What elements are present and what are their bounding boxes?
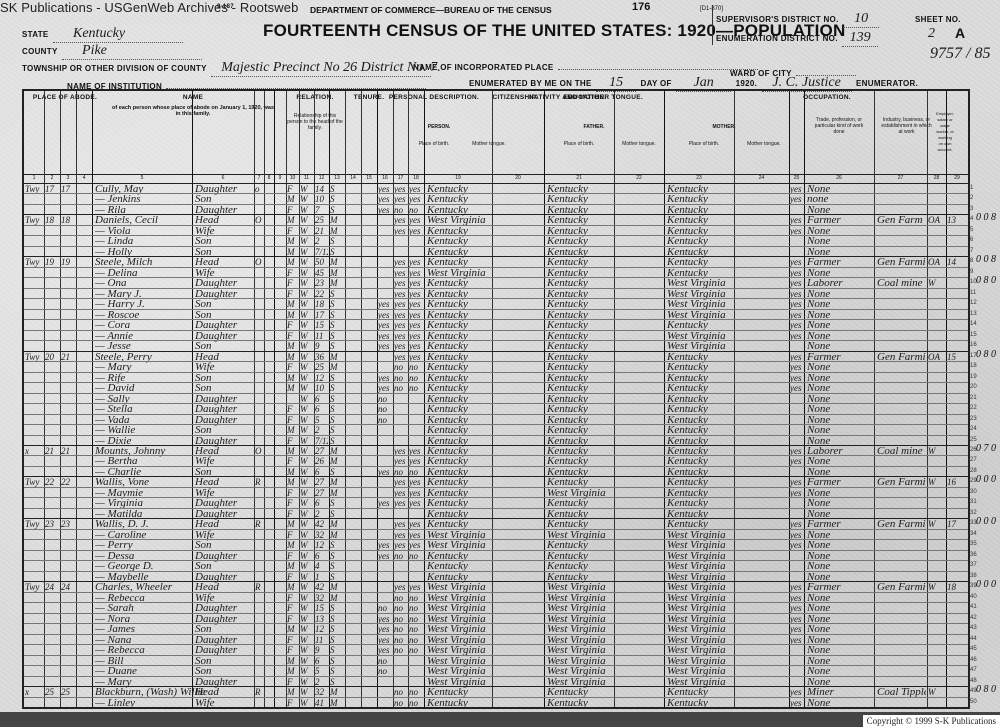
person-subheader: PERSON. <box>404 124 474 130</box>
column-number: 16 <box>377 175 393 181</box>
mother-subheader: MOTHER. <box>689 124 759 130</box>
copyright-notice: Copyright © 1999 S-K Publications <box>863 715 1000 727</box>
row-number: 2 <box>970 195 973 201</box>
sheet-number: 2 <box>928 26 935 42</box>
row-number: 3 <box>970 206 973 212</box>
column-number: 29 <box>946 175 968 181</box>
column-number: 6 <box>192 175 254 181</box>
employer-header: Employer, salary or wage worker, or work… <box>936 111 954 153</box>
row-number: 47 <box>970 667 977 673</box>
column-number: 20 <box>492 175 544 181</box>
column-number: 19 <box>424 175 492 181</box>
column-number: 4 <box>76 175 92 181</box>
margin-code: 0 0 0 <box>976 579 996 590</box>
margin-note: 9757 / 85 <box>930 45 990 63</box>
row-number: 35 <box>970 541 977 547</box>
cell-occ: None <box>807 696 873 710</box>
sheet-label: SHEET NO. <box>915 15 961 24</box>
department-heading: DEPARTMENT OF COMMERCE—BUREAU OF THE CEN… <box>310 5 552 15</box>
mother-tongue-header: Mother tongue. <box>739 141 789 147</box>
margin-code: 0 8 0 <box>976 684 996 695</box>
form-number: 9-187 <box>217 4 234 10</box>
ward-value <box>796 75 856 76</box>
row-number: 13 <box>970 311 977 317</box>
column-number: 28 <box>927 175 946 181</box>
column-number: 27 <box>874 175 927 181</box>
group-place-of-abode: PLACE OF ABODE. <box>24 94 106 101</box>
row-number: 36 <box>970 552 977 558</box>
column-number: 22 <box>614 175 664 181</box>
column-number: 11 <box>299 175 314 181</box>
row-number: 32 <box>970 510 977 516</box>
sheet-field: SHEET NO. <box>915 9 961 27</box>
ward-label: WARD OF CITY <box>730 69 792 78</box>
day-of-label: DAY OF <box>641 79 672 88</box>
row-number: 46 <box>970 657 977 663</box>
window-title: SK Publications - USGenWeb Archives - Ro… <box>0 0 298 15</box>
column-number: 13 <box>329 175 345 181</box>
row-number: 9 <box>970 269 973 275</box>
row-number: 20 <box>970 384 977 390</box>
state-label: STATE <box>22 30 49 39</box>
person-pob-header: Place of birth. <box>409 141 459 147</box>
row-number: 18 <box>970 363 977 369</box>
row-number: 7 <box>970 248 973 254</box>
group-nativity: NATIVITY AND MOTHER TONGUE. <box>454 94 718 101</box>
row-number: 38 <box>970 573 977 579</box>
page-number: 176 <box>632 1 650 13</box>
cell-eng: yes <box>790 696 803 710</box>
column-number: 26 <box>804 175 874 181</box>
column-number: 14 <box>345 175 361 181</box>
column-number: 10 <box>286 175 299 181</box>
industry-header: Industry, business, or establishment in … <box>879 117 934 135</box>
row-number: 43 <box>970 625 977 631</box>
margin-code: 0 0 0 <box>976 474 996 485</box>
row-number: 31 <box>970 499 977 505</box>
column-number: 5 <box>92 175 192 181</box>
margin-code: 0 0 8 <box>976 212 996 223</box>
county-label: COUNTY <box>22 47 58 56</box>
father-tongue-header: Mother tongue. <box>614 141 664 147</box>
incorporated-place-label: NAME OF INCORPORATED PLACE <box>413 63 554 72</box>
cell-race: W <box>300 696 313 710</box>
row-number: 28 <box>970 468 977 474</box>
group-occupation: OCCUPATION. <box>762 94 892 101</box>
column-number: 7 <box>254 175 264 181</box>
cell-age: 41 <box>315 696 328 710</box>
township-label: TOWNSHIP OR OTHER DIVISION OF COUNTY <box>22 64 207 73</box>
row-number: 50 <box>970 699 977 705</box>
row-number: 30 <box>970 489 977 495</box>
row-number: 45 <box>970 646 977 652</box>
row-number: 8 <box>970 258 973 264</box>
row-number: 27 <box>970 457 977 463</box>
census-table: PLACE OF ABODE. NAME of each person whos… <box>22 89 970 709</box>
cell-fpob: Kentucky <box>547 696 613 710</box>
margin-code: 0 0 8 <box>976 254 996 265</box>
margin-code: 0 7 0 <box>976 443 996 454</box>
row-number: 25 <box>970 437 977 443</box>
cell-write: no <box>409 696 423 710</box>
row-number: 11 <box>970 290 976 296</box>
row-number: 19 <box>970 374 977 380</box>
group-tenure: TENURE. <box>350 94 388 101</box>
column-number: 23 <box>664 175 734 181</box>
relation-description: Relationship of this person to the head … <box>286 113 344 131</box>
row-number: 48 <box>970 678 977 684</box>
row-number: 44 <box>970 636 977 642</box>
cell-sex: F <box>287 696 298 710</box>
column-number: 21 <box>544 175 614 181</box>
row-number: 12 <box>970 300 977 306</box>
group-relation: RELATION. <box>280 94 350 101</box>
enumeration-label: ENUMERATION DISTRICT NO. <box>716 34 838 43</box>
column-number: 9 <box>274 175 286 181</box>
column-number: 24 <box>734 175 789 181</box>
father-subheader: FATHER. <box>554 124 634 130</box>
column-number: 2 <box>44 175 60 181</box>
row-number: 1 <box>970 185 973 191</box>
margin-code: 0 8 0 <box>976 349 996 360</box>
row-number: 23 <box>970 416 977 422</box>
incorporated-place-value <box>558 69 758 70</box>
township-field: TOWNSHIP OR OTHER DIVISION OF COUNTY Maj… <box>22 58 431 77</box>
row-number: 4 <box>970 216 973 222</box>
row-number: 24 <box>970 426 977 432</box>
margin-code: 0 8 0 <box>976 275 996 286</box>
enumerated-label: ENUMERATED BY ME ON THE <box>469 79 592 88</box>
column-number: 17 <box>393 175 408 181</box>
column-number: 25 <box>789 175 804 181</box>
census-page-scan: SK Publications - USGenWeb Archives - Ro… <box>0 0 1000 727</box>
supervisor-label: SUPERVISOR'S DISTRICT NO. <box>716 15 839 24</box>
row-number: 15 <box>970 332 977 338</box>
enumeration-value: 139 <box>842 30 878 47</box>
column-number: 1 <box>24 175 44 181</box>
enumerator-label: ENUMERATOR. <box>856 79 918 88</box>
name-description: of each person whose place of abode on J… <box>112 105 274 117</box>
mother-pob-header: Place of birth. <box>674 141 734 147</box>
row-number: 40 <box>970 594 977 600</box>
row-number: 42 <box>970 615 977 621</box>
cell-rel: Wife <box>195 696 253 710</box>
supervisor-value: 10 <box>843 11 879 28</box>
row-number: 5 <box>970 227 973 233</box>
row-number: 14 <box>970 321 977 327</box>
scan-bottom-edge <box>0 712 1000 727</box>
column-number: 15 <box>361 175 377 181</box>
row-number: 41 <box>970 604 977 610</box>
trade-header: Trade, profession, or particular kind of… <box>809 117 869 135</box>
ward-field: WARD OF CITY <box>730 63 856 81</box>
person-tongue-header: Mother tongue. <box>464 141 514 147</box>
row-number: 21 <box>970 395 977 401</box>
row-number: 22 <box>970 405 977 411</box>
cell-ms: M <box>330 696 344 710</box>
row-number: 16 <box>970 342 977 348</box>
row-number: 34 <box>970 531 977 537</box>
column-number: 18 <box>408 175 424 181</box>
enumeration-district-field: ENUMERATION DISTRICT NO. 139 <box>716 28 878 47</box>
table-header: PLACE OF ABODE. NAME of each person whos… <box>24 91 968 175</box>
margin-code: 0 0 0 <box>976 516 996 527</box>
sheet-side: A <box>955 25 965 41</box>
cell-mpob: Kentucky <box>667 696 733 710</box>
row-number: 37 <box>970 562 977 568</box>
cell-pob: Kentucky <box>427 696 491 710</box>
township-value: Majestic Precinct No 26 District No. 7. <box>211 60 431 77</box>
column-number: 3 <box>60 175 76 181</box>
supervisor-district-field: SUPERVISOR'S DISTRICT NO. 10 <box>716 9 879 28</box>
column-number: 12 <box>314 175 329 181</box>
father-pob-header: Place of birth. <box>549 141 609 147</box>
row-number: 6 <box>970 237 973 243</box>
cell-read: no <box>394 696 407 710</box>
column-number: 8 <box>264 175 274 181</box>
